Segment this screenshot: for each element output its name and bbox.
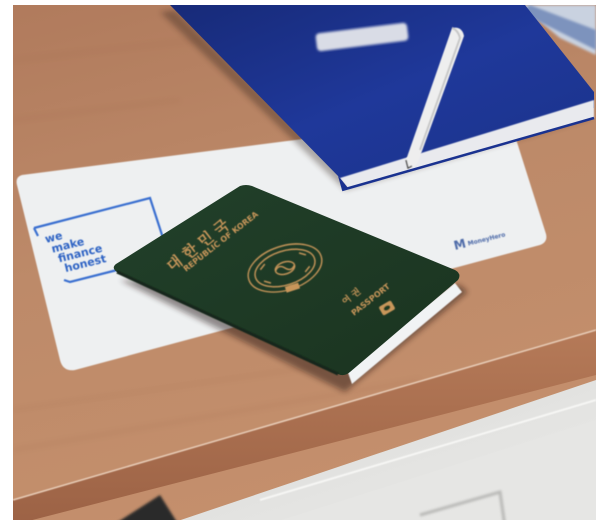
photo-scene: we make finance honest M MoneyHero <box>0 0 602 527</box>
